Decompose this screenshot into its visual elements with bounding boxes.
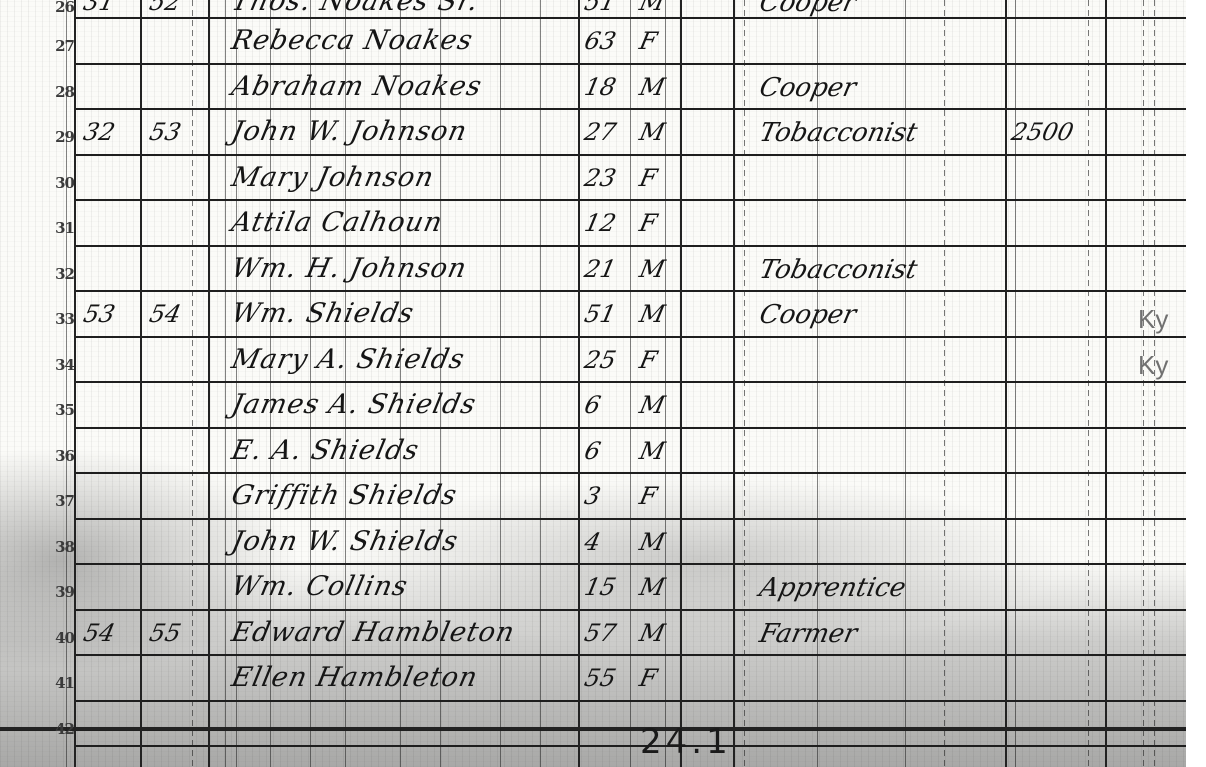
line-number: 42: [34, 720, 74, 738]
person-name: Griffith Shields: [229, 480, 460, 511]
column-rule: [74, 0, 76, 767]
person-sex: M: [637, 528, 668, 556]
column-rule: [1005, 0, 1007, 767]
person-name: Attila Calhoun: [229, 207, 446, 238]
person-sex: M: [637, 73, 668, 101]
paper-texture: [0, 0, 1206, 767]
person-sex: M: [637, 255, 668, 283]
column-rule: [578, 0, 580, 767]
page-number: 24.1: [640, 722, 732, 762]
bottom-rule: [0, 727, 1186, 731]
person-sex: F: [637, 164, 660, 192]
column-rule: [1154, 0, 1155, 767]
occupation: Cooper: [757, 300, 859, 330]
birthplace: Ky: [1138, 350, 1168, 381]
occupation: Apprentice: [757, 573, 909, 603]
occupation: Farmer: [757, 619, 860, 649]
column-rule: [630, 0, 631, 767]
line-number: 33: [34, 310, 74, 328]
real-estate-value: 2500: [1009, 118, 1076, 146]
person-sex: F: [637, 209, 660, 237]
person-age: 23: [582, 164, 618, 192]
person-name: E. A. Shields: [229, 435, 422, 466]
column-rule: [208, 0, 210, 767]
column-rule: [744, 0, 745, 767]
person-age: 15: [582, 573, 618, 601]
person-name: Mary Johnson: [229, 162, 437, 193]
person-name: John W. Johnson: [229, 116, 471, 147]
person-age: 3: [582, 482, 603, 510]
birthplace: Ky: [1138, 304, 1168, 335]
person-sex: F: [637, 346, 660, 374]
person-age: 4: [582, 528, 603, 556]
line-number: 35: [34, 401, 74, 419]
person-sex: M: [637, 391, 668, 419]
person-age: 18: [582, 73, 618, 101]
line-number: 41: [34, 674, 74, 692]
column-rule: [665, 0, 666, 767]
person-age: 21: [582, 255, 618, 283]
person-sex: M: [637, 573, 668, 601]
person-name: Thos. Noakes Sr.: [229, 0, 482, 17]
person-name: Rebecca Noakes: [229, 25, 476, 56]
person-age: 51: [582, 0, 618, 16]
line-number: 37: [34, 492, 74, 510]
person-age: 25: [582, 346, 618, 374]
line-number: 38: [34, 538, 74, 556]
column-rule: [1143, 0, 1144, 767]
column-rule: [225, 0, 226, 767]
family-number: 52: [147, 0, 183, 16]
line-number: 28: [34, 83, 74, 101]
person-name: Edward Hambleton: [229, 617, 518, 648]
person-age: 6: [582, 437, 603, 465]
line-number: 27: [34, 37, 74, 55]
occupation: Tobacconist: [757, 255, 920, 285]
line-number: 36: [34, 447, 74, 465]
dwelling-number: 32: [81, 118, 117, 146]
column-rule: [817, 0, 818, 767]
person-age: 27: [582, 118, 618, 146]
dwelling-number: 31: [81, 0, 117, 16]
family-number: 54: [147, 300, 183, 328]
page-edge: [1186, 0, 1206, 767]
column-rule: [540, 0, 541, 767]
person-name: Wm. Collins: [229, 571, 411, 602]
column-rule: [140, 0, 142, 767]
person-sex: M: [637, 619, 668, 647]
column-rule: [1105, 0, 1107, 767]
person-age: 55: [582, 664, 618, 692]
dwelling-number: 53: [81, 300, 117, 328]
dwelling-number: 54: [81, 619, 117, 647]
person-age: 63: [582, 27, 618, 55]
line-number: 29: [34, 128, 74, 146]
person-sex: M: [637, 437, 668, 465]
line-number: 32: [34, 265, 74, 283]
line-number: 30: [34, 174, 74, 192]
family-number: 55: [147, 619, 183, 647]
column-rule: [1088, 0, 1089, 767]
line-number: 26: [34, 0, 74, 16]
column-rule: [944, 0, 945, 767]
person-sex: F: [637, 664, 660, 692]
column-rule: [66, 0, 67, 767]
occupation: Tobacconist: [757, 118, 920, 148]
person-sex: M: [637, 0, 668, 16]
column-rule: [680, 0, 682, 767]
person-name: Wm. Shields: [229, 298, 417, 329]
person-age: 57: [582, 619, 618, 647]
column-rule: [192, 0, 193, 767]
person-sex: M: [637, 300, 668, 328]
family-number: 53: [147, 118, 183, 146]
person-age: 51: [582, 300, 618, 328]
person-name: Mary A. Shields: [229, 344, 468, 375]
line-number: 39: [34, 583, 74, 601]
occupation: Cooper: [757, 73, 859, 103]
person-age: 6: [582, 391, 603, 419]
person-name: James A. Shields: [229, 389, 479, 420]
line-number: 34: [34, 356, 74, 374]
column-rule: [733, 0, 735, 767]
column-rule: [500, 0, 501, 767]
line-number: 31: [34, 219, 74, 237]
column-rule: [1015, 0, 1016, 767]
person-name: Wm. H. Johnson: [229, 253, 470, 284]
person-sex: M: [637, 118, 668, 146]
occupation: Cooper: [757, 0, 859, 18]
column-rule: [905, 0, 906, 767]
line-number: 40: [34, 629, 74, 647]
census-page-scan: 263152Thos. Noakes Sr.51MCooper27Rebecca…: [0, 0, 1206, 767]
person-name: Abraham Noakes: [229, 71, 485, 102]
person-name: Ellen Hambleton: [229, 662, 481, 693]
person-name: John W. Shields: [229, 526, 462, 557]
person-sex: F: [637, 482, 660, 510]
person-age: 12: [582, 209, 618, 237]
person-sex: F: [637, 27, 660, 55]
